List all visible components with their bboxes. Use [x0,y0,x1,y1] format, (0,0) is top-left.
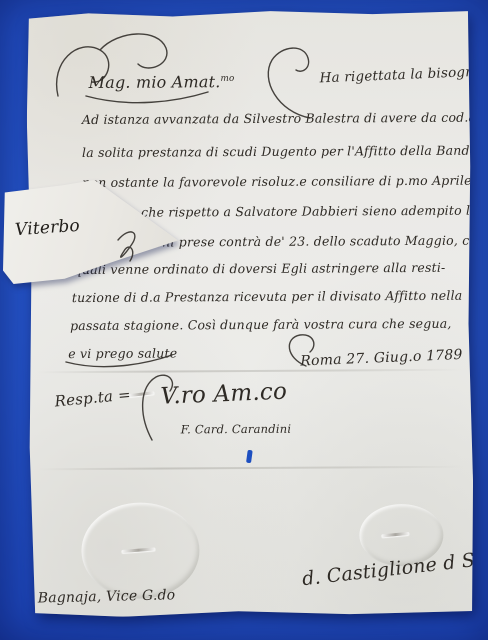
signature-name: F. Card. Carandini [181,422,292,437]
body-line: la solita prestanza di scudi Dugento per… [82,143,488,160]
letter-photo: Mag. mio Amat.mo Ha rigettata la bisogna… [0,0,488,640]
body-line: e vi prego salute [68,345,177,361]
body-line: quali venne ordinato di doversi Egli ast… [74,260,446,277]
dateline: Roma 27. Giug.o 1789 [300,347,463,370]
body-line: tuzione di d.a Prestanza ricevuta per il… [72,288,463,305]
annotation-top-right: Ha rigettata la bisogna [319,64,482,87]
registry-note: Resp.ta = [54,385,132,410]
fold-crease-lower [29,466,473,471]
salutation-text: Mag. mio Amat. [89,72,221,92]
signature-closing: V.ro Am.co [160,379,287,410]
body-line: essendo che rispetto a Salvatore Dabbier… [84,203,477,220]
salutation: Mag. mio Amat.mo [89,72,235,92]
paper-sheet-shadow: Mag. mio Amat.mo Ha rigettata la bisogna… [0,0,488,640]
fold-crease-upper [28,369,472,374]
body-line: Ad istanza avvanzata da Silvestro Balest… [82,109,488,127]
salutation-superscript: mo [220,74,234,84]
seal-slit-middle [128,391,154,397]
body-line: passata stagione. Così dunque farà vostr… [70,316,452,333]
body-line: non ostante la favorevole risoluz.e cons… [82,172,488,190]
body-line: sioni prese contrà de' 23. dello scaduto… [144,233,486,250]
letter-paper: Mag. mio Amat.mo Ha rigettata la bisogna… [26,9,474,618]
docket-bottom-left: Bagnaja, Vice G.do [38,587,176,606]
wax-seal-remnant [246,450,253,464]
